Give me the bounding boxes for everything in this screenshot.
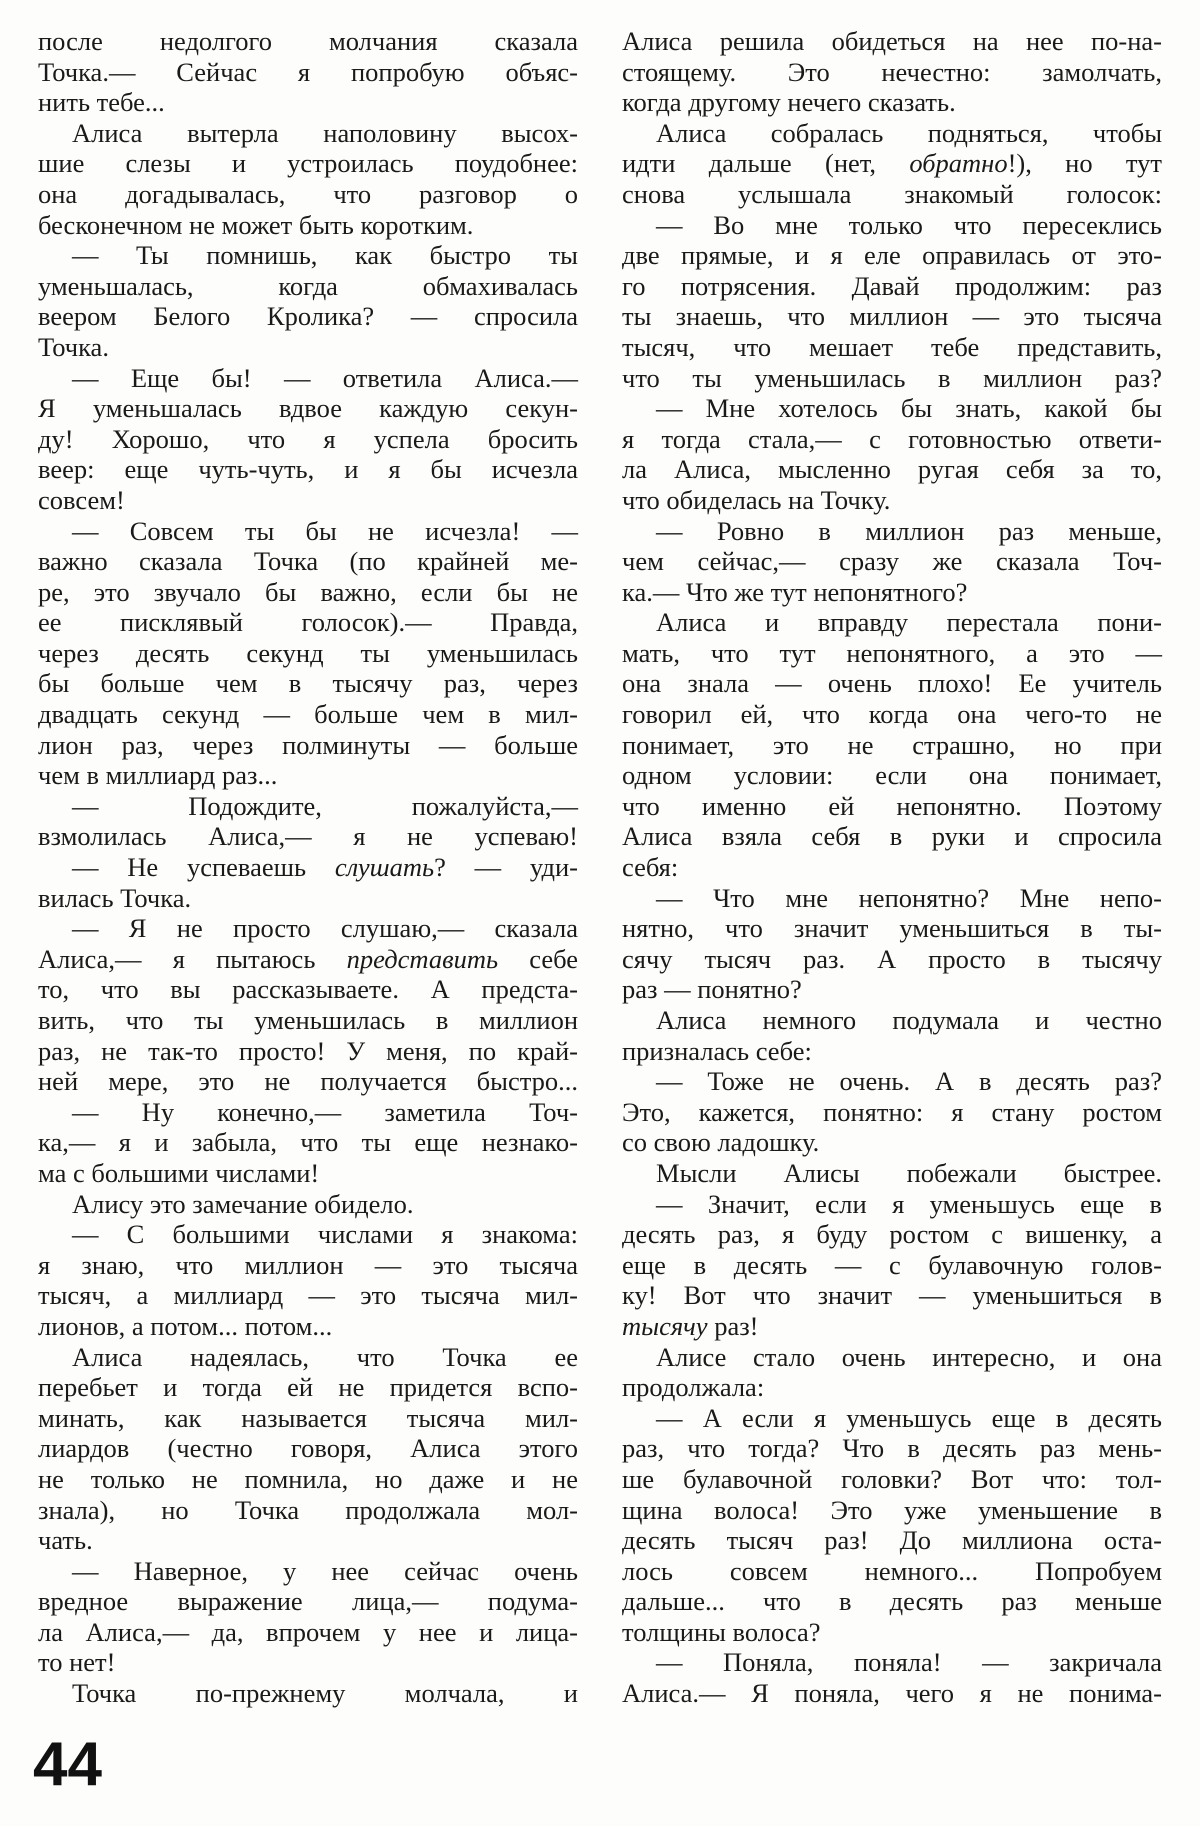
text-line: я знаю, что миллион — это тысяча xyxy=(38,1250,578,1281)
text-line: вилась Точка. xyxy=(38,883,578,914)
text-line: тысяч, что мешает тебе представить, xyxy=(622,332,1162,363)
text-line: говорил ей, что когда она чего-то не xyxy=(622,699,1162,730)
text-run: — Не успеваешь xyxy=(72,852,335,882)
text-line: ду! Хорошо, что я успела бросить xyxy=(38,424,578,455)
text-line: Алиса вытерла наполовину высох- xyxy=(38,118,578,149)
text-line: то нет! xyxy=(38,1647,578,1678)
text-line: ла Алиса,— да, впрочем у нее и лица- xyxy=(38,1617,578,1648)
text-line: веером Белого Кролика? — спросила xyxy=(38,301,578,332)
text-line: щина волоса! Это уже уменьшение в xyxy=(622,1495,1162,1526)
text-line: Алиса собралась подняться, чтобы xyxy=(622,118,1162,149)
text-run: Алиса,— я пытаюсь xyxy=(38,944,347,974)
text-line: — Совсем ты бы не исчезла! — xyxy=(38,516,578,547)
emphasized-text: обратно xyxy=(909,148,1007,178)
text-line: что именно ей непонятно. Поэтому xyxy=(622,791,1162,822)
emphasized-text: представить xyxy=(347,944,498,974)
text-line: — Что мне непонятно? Мне непо- xyxy=(622,883,1162,914)
text-line: — Еще бы! — ответила Алиса.— xyxy=(38,363,578,394)
text-line: она догадывалась, что разговор о xyxy=(38,179,578,210)
text-line: ней мере, это не получается быстро... xyxy=(38,1066,578,1097)
text-line: Я уменьшалась вдвое каждую секун- xyxy=(38,393,578,424)
text-line: себя: xyxy=(622,852,1162,883)
text-line: десять тысяч раз! До миллиона оста- xyxy=(622,1525,1162,1556)
text-line: еще в десять — с булавочную голов- xyxy=(622,1250,1162,1281)
text-line: важно сказала Точка (по крайней ме- xyxy=(38,546,578,577)
text-line: Мысли Алисы побежали быстрее. xyxy=(622,1158,1162,1189)
text-run: !), но тут xyxy=(1008,148,1162,178)
text-line: то, что вы рассказываете. А предста- xyxy=(38,974,578,1005)
text-line: — Ну конечно,— заметила Точ- xyxy=(38,1097,578,1128)
text-line: раз — понятно? xyxy=(622,974,1162,1005)
text-column-right: Алиса решила обидеться на нее по-на-стоя… xyxy=(622,26,1162,1709)
text-line: толщины волоса? xyxy=(622,1617,1162,1648)
text-line: Алиса взяла себя в руки и спросила xyxy=(622,821,1162,852)
text-line: Это, кажется, понятно: я стану ростом xyxy=(622,1097,1162,1128)
emphasized-text: слушать xyxy=(335,852,434,882)
text-line: ла Алиса, мысленно ругая себя за то, xyxy=(622,454,1162,485)
text-line: раз, не так-то просто! У меня, по край- xyxy=(38,1036,578,1067)
text-line: совсем! xyxy=(38,485,578,516)
text-line: ре, это звучало бы важно, если бы не xyxy=(38,577,578,608)
text-line: лось совсем немного... Попробуем xyxy=(622,1556,1162,1587)
text-line: что ты уменьшилась в миллион раз? xyxy=(622,363,1162,394)
text-line: призналась себе: xyxy=(622,1036,1162,1067)
text-line: стоящему. Это нечестно: замолчать, xyxy=(622,57,1162,88)
text-line: — Значит, если я уменьшусь еще в xyxy=(622,1189,1162,1220)
text-line: Алиса надеялась, что Точка ее xyxy=(38,1342,578,1373)
text-line: минать, как называется тысяча мил- xyxy=(38,1403,578,1434)
text-line: Точка. xyxy=(38,332,578,363)
text-line: — Во мне только что пересеклись xyxy=(622,210,1162,241)
text-line: — Ты помнишь, как быстро ты xyxy=(38,240,578,271)
text-line: после недолгого молчания сказала xyxy=(38,26,578,57)
text-line: веер: еще чуть-чуть, и я бы исчезла xyxy=(38,454,578,485)
text-line: бы больше чем в тысячу раз, через xyxy=(38,668,578,699)
text-line: — Мне хотелось бы знать, какой бы xyxy=(622,393,1162,424)
text-line: — Тоже не очень. А в десять раз? xyxy=(622,1066,1162,1097)
text-line: лион раз, через полминуты — больше xyxy=(38,730,578,761)
text-line: Алисе стало очень интересно, и она xyxy=(622,1342,1162,1373)
text-line: бесконечном не может быть коротким. xyxy=(38,210,578,241)
text-run: себе xyxy=(498,944,578,974)
text-line: Алиса,— я пытаюсь представить себе xyxy=(38,944,578,975)
text-line: Алису это замечание обидело. xyxy=(38,1189,578,1220)
text-line: ее писклявый голосок).— Правда, xyxy=(38,607,578,638)
text-run: раз! xyxy=(708,1311,759,1341)
text-line: снова услышала знакомый голосок: xyxy=(622,179,1162,210)
text-line: понимает, это не страшно, но при xyxy=(622,730,1162,761)
text-line: одном условии: если она понимает, xyxy=(622,760,1162,791)
text-line: чать. xyxy=(38,1525,578,1556)
text-line: ма с большими числами! xyxy=(38,1158,578,1189)
text-line: перебьет и тогда ей не придется вспо- xyxy=(38,1372,578,1403)
text-line: лиардов (честно говоря, Алиса этого xyxy=(38,1433,578,1464)
text-line: не только не помнила, но даже и не xyxy=(38,1464,578,1495)
emphasized-text: тысячу xyxy=(622,1311,708,1341)
text-line: сячу тысяч раз. А просто в тысячу xyxy=(622,944,1162,975)
text-line: ку! Вот что значит — уменьшиться в xyxy=(622,1280,1162,1311)
text-run: идти дальше (нет, xyxy=(622,148,909,178)
text-line: мать, что тут непонятного, а это — xyxy=(622,638,1162,669)
text-line: чем сейчас,— сразу же сказала Точ- xyxy=(622,546,1162,577)
text-line: — С большими числами я знакома: xyxy=(38,1219,578,1250)
text-line: — Подождите, пожалуйста,— xyxy=(38,791,578,822)
text-line: — Я не просто слушаю,— сказала xyxy=(38,913,578,944)
text-line: тысяч, а миллиард — это тысяча мил- xyxy=(38,1280,578,1311)
text-line: я тогда стала,— с готовностью ответи- xyxy=(622,424,1162,455)
text-line: Алиса и вправду перестала пони- xyxy=(622,607,1162,638)
text-line: двадцать секунд — больше чем в мил- xyxy=(38,699,578,730)
text-line: десять раз, я буду ростом с вишенку, а xyxy=(622,1219,1162,1250)
text-line: знала), но Точка продолжала мол- xyxy=(38,1495,578,1526)
text-column-left: после недолгого молчания сказалаТочка.— … xyxy=(38,26,578,1709)
text-line: уменьшалась, когда обмахивалась xyxy=(38,271,578,302)
page-number: 44 xyxy=(33,1734,102,1796)
text-line: — Поняла, поняла! — закричала xyxy=(622,1647,1162,1678)
text-line: она знала — очень плохо! Ее учитель xyxy=(622,668,1162,699)
text-line: взмолилась Алиса,— я не успеваю! xyxy=(38,821,578,852)
text-run: ? — уди- xyxy=(434,852,578,882)
text-line: две прямые, и я еле оправилась от это- xyxy=(622,240,1162,271)
text-line: Точка по-прежнему молчала, и xyxy=(38,1678,578,1709)
text-line: раз, что тогда? Что в десять раз мень- xyxy=(622,1433,1162,1464)
text-line: лионов, а потом... потом... xyxy=(38,1311,578,1342)
text-line: Алиса.— Я поняла, чего я не понима- xyxy=(622,1678,1162,1709)
text-line: ка.— Что же тут непонятного? xyxy=(622,577,1162,608)
text-line: что обиделась на Точку. xyxy=(622,485,1162,516)
text-line: со свою ладошку. xyxy=(622,1127,1162,1158)
text-line: — А если я уменьшусь еще в десять xyxy=(622,1403,1162,1434)
text-line: дальше... что в десять раз меньше xyxy=(622,1586,1162,1617)
text-line: вредное выражение лица,— подума- xyxy=(38,1586,578,1617)
text-line: ка,— я и забыла, что ты еще незнако- xyxy=(38,1127,578,1158)
text-line: нить тебе... xyxy=(38,87,578,118)
text-line: Алиса решила обидеться на нее по-на- xyxy=(622,26,1162,57)
text-line: продолжала: xyxy=(622,1372,1162,1403)
text-line: — Ровно в миллион раз меньше, xyxy=(622,516,1162,547)
text-line: шие слезы и устроилась поудобнее: xyxy=(38,148,578,179)
text-line: вить, что ты уменьшилась в миллион xyxy=(38,1005,578,1036)
text-line: Алиса немного подумала и честно xyxy=(622,1005,1162,1036)
text-line: идти дальше (нет, обратно!), но тут xyxy=(622,148,1162,179)
text-line: ты знаешь, что миллион — это тысяча xyxy=(622,301,1162,332)
text-line: — Наверное, у нее сейчас очень xyxy=(38,1556,578,1587)
text-line: Точка.— Сейчас я попробую объяс- xyxy=(38,57,578,88)
text-line: тысячу раз! xyxy=(622,1311,1162,1342)
text-line: го потрясения. Давай продолжим: раз xyxy=(622,271,1162,302)
text-line: нятно, что значит уменьшиться в ты- xyxy=(622,913,1162,944)
text-line: чем в миллиард раз... xyxy=(38,760,578,791)
text-line: — Не успеваешь слушать? — уди- xyxy=(38,852,578,883)
text-line: через десять секунд ты уменьшилась xyxy=(38,638,578,669)
text-line: когда другому нечего сказать. xyxy=(622,87,1162,118)
text-line: ше булавочной головки? Вот что: тол- xyxy=(622,1464,1162,1495)
